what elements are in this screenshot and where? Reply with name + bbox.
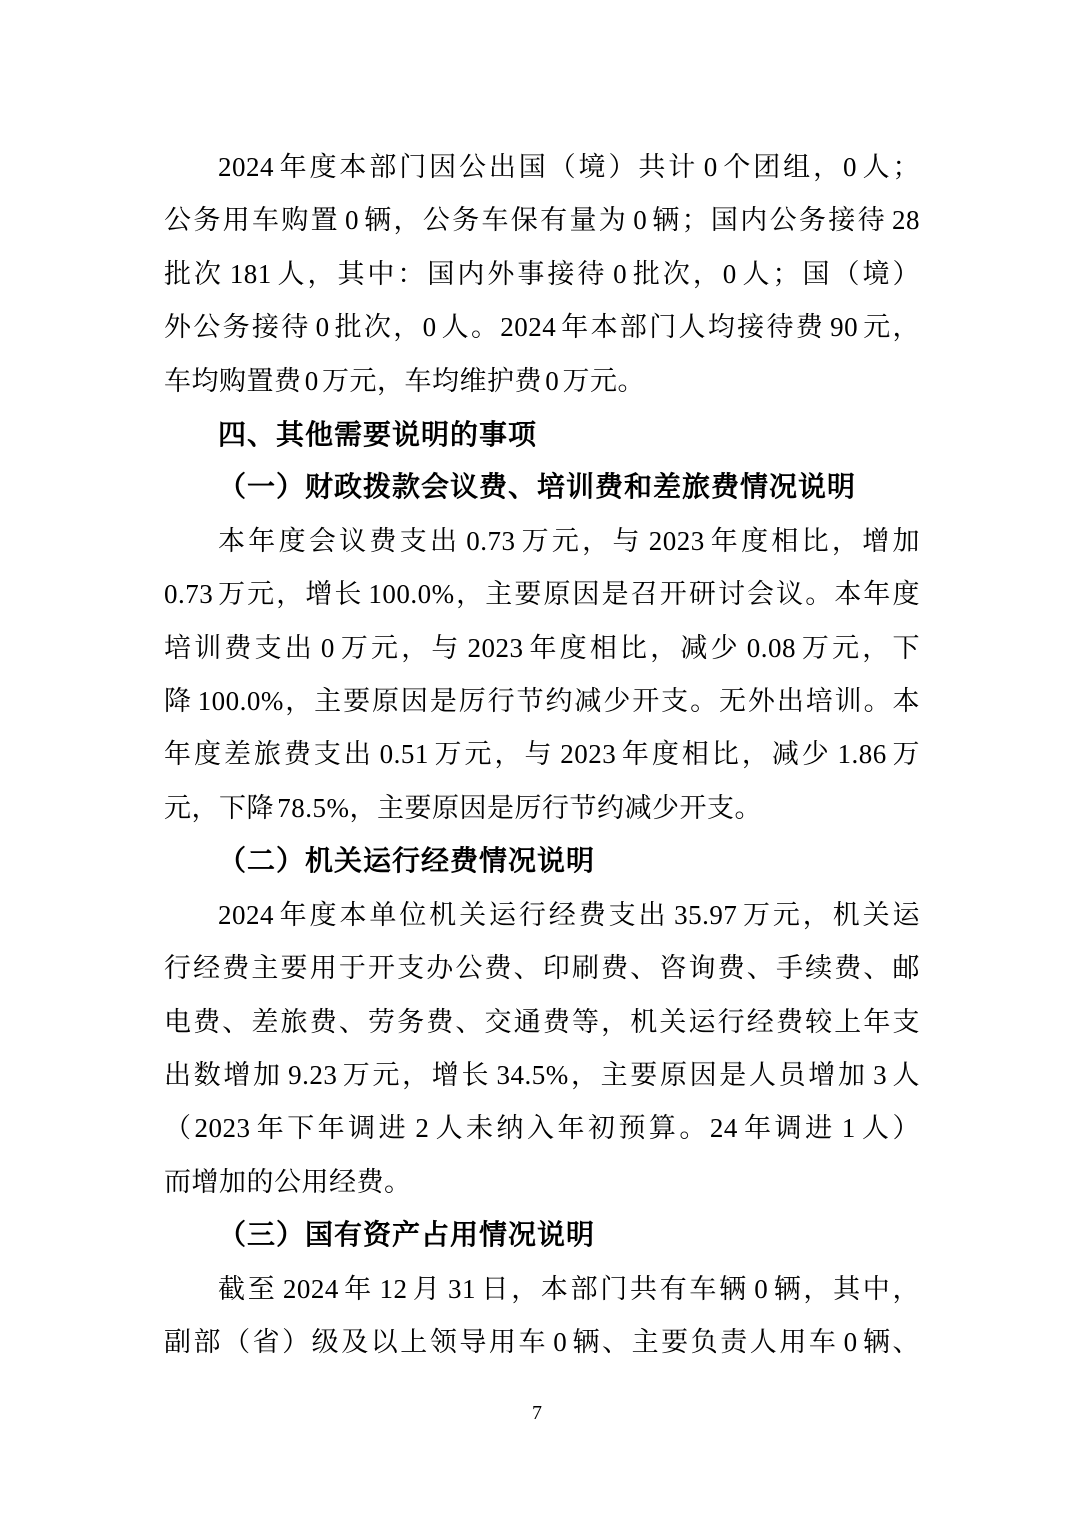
intro-paragraph-line: 2024 年度本部门因公出国（境）共计 0 个团组，0 人； xyxy=(164,141,920,194)
page-number: 7 xyxy=(532,1402,542,1424)
intro-paragraph-line: 外公务接待 0 批次，0 人。2024 年本部门人均接待费 90 元， xyxy=(164,301,920,354)
fees-paragraph-line: 元，下降 78.5%，主要原因是厉行节约减少开支。 xyxy=(164,782,920,835)
subsection-heading-operating-funds: （二）机关运行经费情况说明 xyxy=(164,835,920,888)
state-assets-paragraph-line: 截至 2024 年 12 月 31 日，本部门共有车辆 0 辆，其中， xyxy=(164,1263,920,1316)
fees-paragraph-line: 培训费支出 0 万元，与 2023 年度相比，减少 0.08 万元，下 xyxy=(164,622,920,675)
operating-funds-paragraph-line: 行经费主要用于开支办公费、印刷费、咨询费、手续费、邮 xyxy=(164,942,920,995)
intro-paragraph-line: 车均购置费 0 万元，车均维护费 0 万元。 xyxy=(164,355,920,408)
intro-paragraph-line: 公务用车购置 0 辆，公务车保有量为 0 辆；国内公务接待 28 xyxy=(164,194,920,247)
operating-funds-paragraph-line: （2023 年下年调进 2 人未纳入年初预算。24 年调进 1 人） xyxy=(164,1102,920,1155)
operating-funds-paragraph-line: 2024 年度本单位机关运行经费支出 35.97 万元，机关运 xyxy=(164,889,920,942)
operating-funds-paragraph-line: 电费、差旅费、劳务费、交通费等，机关运行经费较上年支 xyxy=(164,996,920,1049)
fees-paragraph-line: 本年度会议费支出 0.73 万元，与 2023 年度相比，增加 xyxy=(164,515,920,568)
fees-paragraph-line: 降 100.0%，主要原因是厉行节约减少开支。无外出培训。本 xyxy=(164,675,920,728)
subsection-heading-state-assets: （三）国有资产占用情况说明 xyxy=(164,1209,920,1262)
fees-paragraph-line: 0.73 万元，增长 100.0%，主要原因是召开研讨会议。本年度 xyxy=(164,568,920,621)
operating-funds-paragraph-line: 出数增加 9.23 万元，增长 34.5%，主要原因是人员增加 3 人 xyxy=(164,1049,920,1102)
operating-funds-paragraph-line: 而增加的公用经费。 xyxy=(164,1156,920,1209)
document-page: 2024 年度本部门因公出国（境）共计 0 个团组，0 人； 公务用车购置 0 … xyxy=(0,0,1074,1520)
document-body: 2024 年度本部门因公出国（境）共计 0 个团组，0 人； 公务用车购置 0 … xyxy=(164,141,920,1369)
intro-paragraph-line: 批次 181 人，其中：国内外事接待 0 批次，0 人；国（境） xyxy=(164,248,920,301)
state-assets-paragraph-line: 副部（省）级及以上领导用车 0 辆、主要负责人用车 0 辆、 xyxy=(164,1316,920,1369)
page-footer: 7 xyxy=(0,1399,1074,1427)
fees-paragraph-line: 年度差旅费支出 0.51 万元，与 2023 年度相比，减少 1.86 万 xyxy=(164,728,920,781)
subsection-heading-fees-note: （一）财政拨款会议费、培训费和差旅费情况说明 xyxy=(164,461,920,514)
section-heading-other-items: 四、其他需要说明的事项 xyxy=(164,408,920,461)
